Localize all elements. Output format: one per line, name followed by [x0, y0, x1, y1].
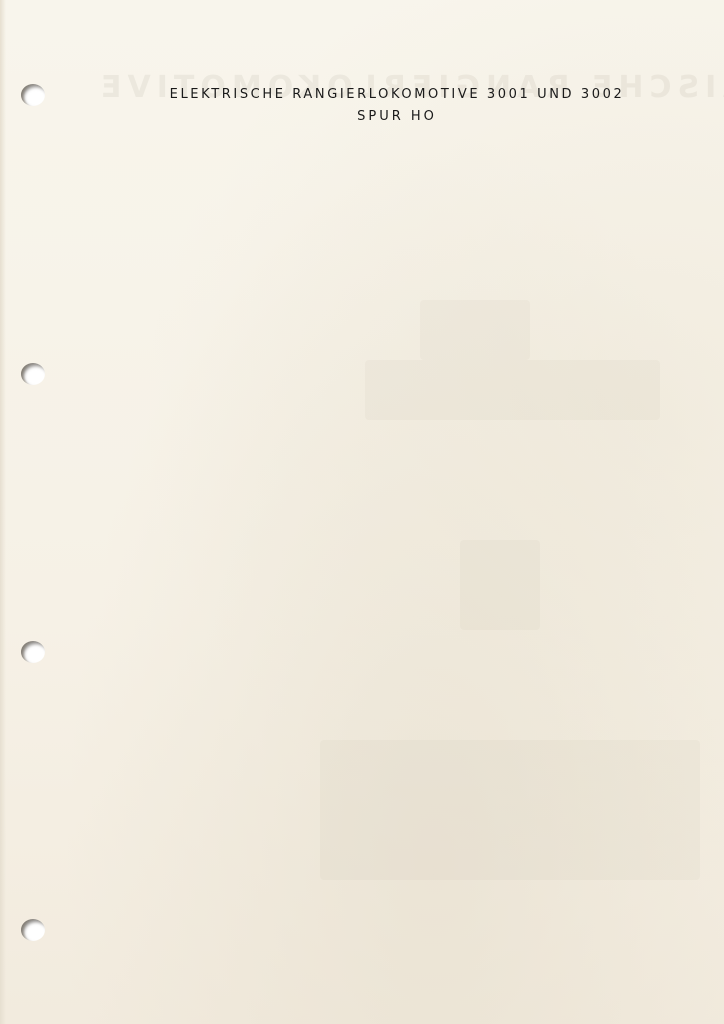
- show-through-pantograph: [420, 300, 530, 360]
- page-edge-shadow: [0, 0, 6, 1024]
- show-through-locomotive: [365, 360, 660, 420]
- page-title: ELEKTRISCHE RANGIERLOKOMOTIVE 3001 UND 3…: [0, 87, 724, 102]
- document-page: ELEKTRISCHE RANGIERLOKOMOTIVE ELEKTRISCH…: [0, 0, 724, 1024]
- show-through-part-drawing-2: [320, 740, 700, 880]
- punch-hole-icon: [21, 641, 45, 663]
- show-through-part-drawing: [460, 540, 540, 630]
- punch-hole-icon: [21, 919, 45, 941]
- punch-hole-icon: [21, 363, 45, 385]
- page-subtitle: SPUR HO: [0, 109, 724, 124]
